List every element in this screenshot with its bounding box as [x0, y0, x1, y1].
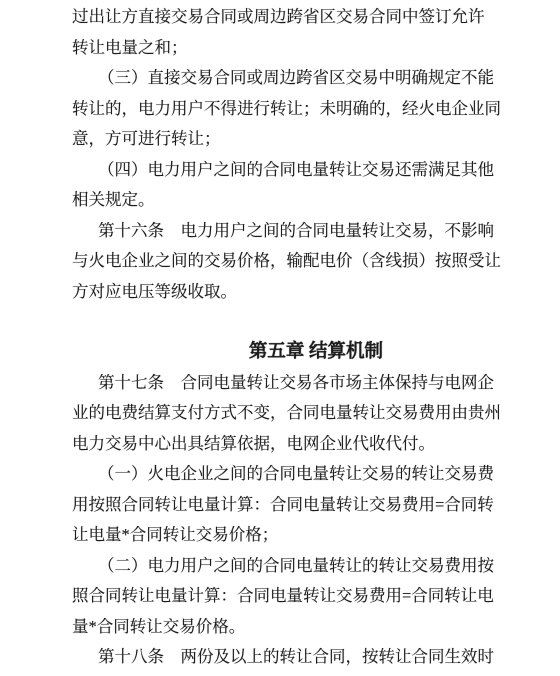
text-line: 方对应电压等级收取。 [72, 277, 512, 308]
text-line: 量*合同转让交易价格。 [72, 612, 512, 643]
text-line: 与火电企业之间的交易价格，输配电价（含线损）按照受让 [72, 246, 512, 277]
text-line: 照合同转让电量计算：合同电量转让交易费用=合同转让电 [72, 581, 512, 612]
text-line: 过出让方直接交易合同或周边跨省区交易合同中签订允许 [72, 2, 512, 33]
text-line: 转让电量之和； [72, 33, 512, 64]
text-line: 转让的，电力用户不得进行转让；未明确的，经火电企业同 [72, 94, 512, 125]
chapter-heading: 第五章 结算机制 [96, 337, 536, 368]
text-line: 相关规定。 [72, 185, 512, 216]
document-text-block: 过出让方直接交易合同或周边跨省区交易合同中签订允许 转让电量之和； （三）直接交… [72, 2, 512, 673]
text-line-item-3: （三）直接交易合同或周边跨省区交易中明确规定不能 [72, 63, 512, 94]
text-line: 业的电费结算支付方式不变，合同电量转让交易费用由贵州 [72, 398, 512, 429]
text-line: 让电量*合同转让交易价格； [72, 520, 512, 551]
text-line-article-18: 第十八条 两份及以上的转让合同，按转让合同生效时 [72, 642, 512, 673]
text-line-item-4: （四）电力用户之间的合同电量转让交易还需满足其他 [72, 155, 512, 186]
text-line-article-17: 第十七条 合同电量转让交易各市场主体保持与电网企 [72, 368, 512, 399]
text-line: 电力交易中心出具结算依据，电网企业代收代付。 [72, 429, 512, 460]
text-line-article-16: 第十六条 电力用户之间的合同电量转让交易，不影响 [72, 216, 512, 247]
text-line: 意，方可进行转让； [72, 124, 512, 155]
text-line-item-1: （一）火电企业之间的合同电量转让交易的转让交易费 [72, 459, 512, 490]
text-line-item-2: （二）电力用户之间的合同电量转让的转让交易费用按 [72, 551, 512, 582]
text-line: 用按照合同转让电量计算：合同电量转让交易费用=合同转 [72, 490, 512, 521]
scanned-document-page: 过出让方直接交易合同或周边跨省区交易合同中签订允许 转让电量之和； （三）直接交… [0, 0, 560, 676]
